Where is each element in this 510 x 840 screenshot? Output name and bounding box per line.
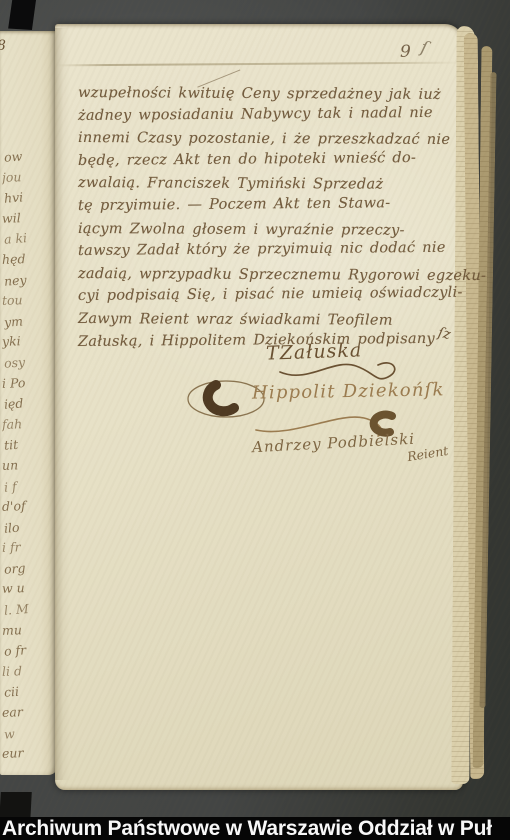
archive-watermark: Archiwum Państwowe w Warszawie Oddział w… [0, 817, 510, 840]
manuscript-line: tawszy Zadał który że przyimuią nic doda… [78, 237, 460, 263]
scanned-document-view: 8 owjouhviwila kihędneytouymykiosyi Poię… [0, 0, 510, 840]
text-fragment: hvi [3, 185, 54, 209]
manuscript-line: będę, rzecz Akt ten do hipoteki wnieść d… [78, 146, 460, 172]
manuscript-line: tę przyimuie. — Poczem Akt ten Stawa- [78, 192, 460, 218]
text-fragment: osy [3, 350, 54, 374]
previous-page-edge: 8 owjouhviwila kihędneytouymykiosyi Poię… [0, 31, 58, 775]
text-fragment: i Po [2, 372, 55, 394]
previous-folio-number: 8 [0, 38, 6, 54]
text-fragment: cii [3, 680, 54, 704]
closing-flourish-mark: ſz [436, 325, 452, 343]
page-fold-shadow [55, 28, 70, 780]
text-fragment: w u [2, 578, 55, 600]
text-fragment: a ki [3, 227, 54, 251]
text-fragment: yki [2, 330, 55, 352]
text-fragment: tit [3, 433, 54, 457]
text-fragment: d'of [2, 495, 55, 517]
text-fragment: hęd [2, 248, 55, 270]
text-fragment: ow [3, 144, 54, 168]
folio-number: 9 [400, 42, 411, 62]
text-fragment: o fr [3, 639, 54, 663]
black-clip-top [7, 0, 36, 30]
text-fragment: un [2, 454, 55, 476]
manuscript-text-block: wzupełności kwituię Ceny sprzedażney jak… [78, 82, 460, 353]
signature-dziekonski: Hippolit Dziekońſk [252, 379, 445, 403]
text-fragment: i fr [2, 536, 55, 558]
text-fragment: ięd [3, 391, 54, 415]
previous-page-text-fragments: owjouhviwila kihędneytouymykiosyi Poiędf… [2, 146, 54, 764]
text-fragment: ear [2, 701, 55, 723]
manuscript-line: cyi podpisaią Się, i pisać nie umieią oś… [78, 282, 460, 308]
text-fragment: l. M [3, 597, 54, 621]
text-fragment: ney [3, 268, 54, 292]
manuscript-line: żadney wposiadaniu Nabywcy tak i nadal n… [78, 101, 460, 127]
text-fragment: i f [3, 474, 54, 498]
text-fragment: eur [2, 742, 55, 764]
text-fragment: tou [2, 289, 55, 311]
